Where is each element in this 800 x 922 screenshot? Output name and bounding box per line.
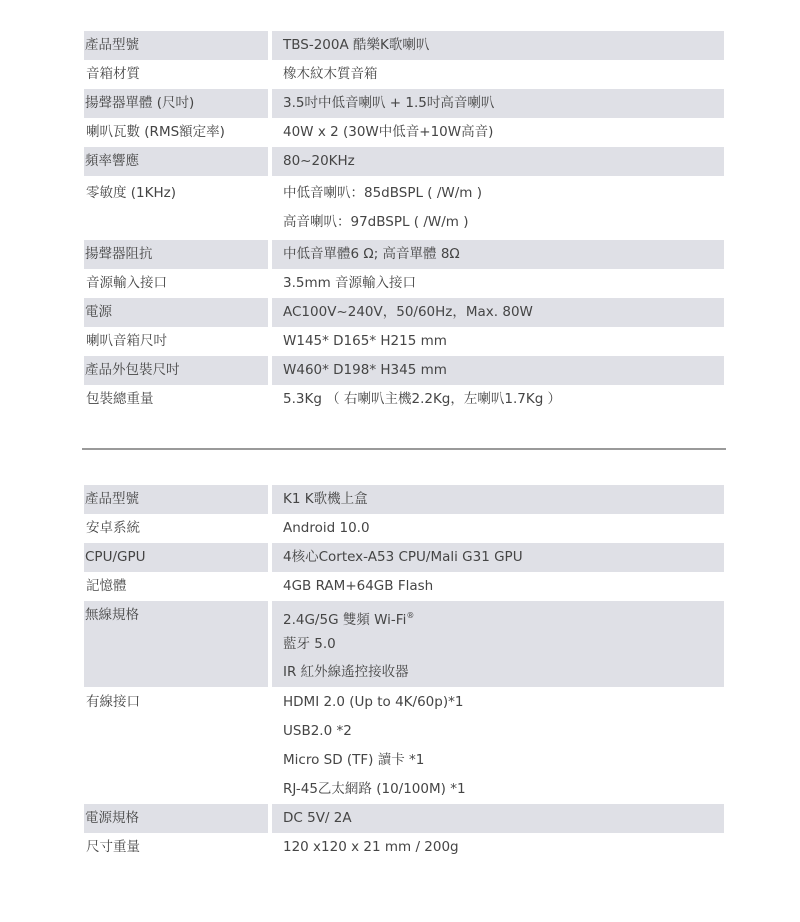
spec-value: 3.5mm 音源輸入接口 <box>272 269 724 298</box>
spec-label: 頻率響應 <box>84 147 268 176</box>
spec-row-size-weight: 尺寸重量 120 x120 x 21 mm / 200g <box>84 833 724 862</box>
wifi-text: 2.4G/5G 雙頻 Wi-Fi <box>283 612 406 628</box>
spec-row-model: 產品型號 K1 K歌機上盒 <box>84 485 724 514</box>
section-divider <box>82 448 726 450</box>
spec-row-wired: 有線接口 HDMI 2.0 (Up to 4K/60p)*1 USB2.0 *2… <box>84 687 724 804</box>
box-spec-table: 產品型號 K1 K歌機上盒 安卓系統 Android 10.0 CPU/GPU … <box>84 485 724 862</box>
spec-value: Android 10.0 <box>272 514 724 543</box>
spec-row-sensitivity: 零敏度 (1KHz) 中低音喇叭：85dBSPL ( /W/m ) 高音喇叭：9… <box>84 176 724 240</box>
spec-value: K1 K歌機上盒 <box>272 485 724 514</box>
spec-label: 產品型號 <box>84 31 268 60</box>
spec-row-model: 產品型號 TBS-200A 酷樂K歌喇叭 <box>84 31 724 60</box>
spec-value: 3.5吋中低音喇叭 + 1.5吋高音喇叭 <box>272 89 724 118</box>
spec-value: HDMI 2.0 (Up to 4K/60p)*1 USB2.0 *2 Micr… <box>272 688 724 804</box>
registered-mark: ® <box>406 611 414 620</box>
spec-label: CPU/GPU <box>84 543 268 572</box>
spec-value: 橡木紋木質音箱 <box>272 60 724 89</box>
spec-value: 4GB RAM+64GB Flash <box>272 572 724 601</box>
spec-label: 有線接口 <box>84 688 268 804</box>
spec-value: 中低音單體6 Ω; 高音單體 8Ω <box>272 240 724 269</box>
spec-value: 40W x 2 (30W中低音+10W高音) <box>272 118 724 147</box>
spec-label: 包裝總重量 <box>84 385 268 414</box>
spec-label: 音源輸入接口 <box>84 269 268 298</box>
spec-label: 記憶體 <box>84 572 268 601</box>
spec-row-frequency: 頻率響應 80~20KHz <box>84 147 724 176</box>
spec-label: 揚聲器阻抗 <box>84 240 268 269</box>
spec-label: 產品外包裝尺吋 <box>84 356 268 385</box>
spec-value: AC100V~240V，50/60Hz，Max. 80W <box>272 298 724 327</box>
spec-row-power: 電源規格 DC 5V/ 2A <box>84 804 724 833</box>
spec-label: 產品型號 <box>84 485 268 514</box>
spec-label: 喇叭音箱尺吋 <box>84 327 268 356</box>
spec-value: 80~20KHz <box>272 147 724 176</box>
spec-row-wireless: 無線規格 2.4G/5G 雙頻 Wi-Fi® 藍牙 5.0 IR 紅外線遙控接收… <box>84 601 724 687</box>
spec-label: 零敏度 (1KHz) <box>84 179 268 237</box>
spec-label: 揚聲器單體 (尺吋) <box>84 89 268 118</box>
spec-row-speaker-size: 喇叭音箱尺吋 W145* D165* H215 mm <box>84 327 724 356</box>
spec-label: 喇叭瓦數 (RMS額定率) <box>84 118 268 147</box>
spec-row-impedance: 揚聲器阻抗 中低音單體6 Ω; 高音單體 8Ω <box>84 240 724 269</box>
spec-row-package-size: 產品外包裝尺吋 W460* D198* H345 mm <box>84 356 724 385</box>
spec-value: 中低音喇叭：85dBSPL ( /W/m ) 高音喇叭：97dBSPL ( /W… <box>272 179 724 237</box>
spec-label: 無線規格 <box>84 601 268 687</box>
spec-row-wattage: 喇叭瓦數 (RMS額定率) 40W x 2 (30W中低音+10W高音) <box>84 118 724 147</box>
spec-row-cpu-gpu: CPU/GPU 4核心Cortex-A53 CPU/Mali G31 GPU <box>84 543 724 572</box>
spec-value: W145* D165* H215 mm <box>272 327 724 356</box>
spec-value: 2.4G/5G 雙頻 Wi-Fi® 藍牙 5.0 IR 紅外線遙控接收器 <box>272 601 724 687</box>
spec-row-power: 電源 AC100V~240V，50/60Hz，Max. 80W <box>84 298 724 327</box>
spec-label: 尺寸重量 <box>84 833 268 862</box>
spec-row-audio-input: 音源輸入接口 3.5mm 音源輸入接口 <box>84 269 724 298</box>
spec-label: 電源規格 <box>84 804 268 833</box>
spec-value: 120 x120 x 21 mm / 200g <box>272 833 724 862</box>
spec-row-material: 音箱材質 橡木紋木質音箱 <box>84 60 724 89</box>
spec-label: 音箱材質 <box>84 60 268 89</box>
spec-row-package-weight: 包裝總重量 5.3Kg （ 右喇叭主機2.2Kg，左喇叭1.7Kg ） <box>84 385 724 414</box>
spec-row-memory: 記憶體 4GB RAM+64GB Flash <box>84 572 724 601</box>
spec-row-driver: 揚聲器單體 (尺吋) 3.5吋中低音喇叭 + 1.5吋高音喇叭 <box>84 89 724 118</box>
spec-value: DC 5V/ 2A <box>272 804 724 833</box>
spec-label: 電源 <box>84 298 268 327</box>
speaker-spec-table: 產品型號 TBS-200A 酷樂K歌喇叭 音箱材質 橡木紋木質音箱 揚聲器單體 … <box>84 31 724 414</box>
spec-row-os: 安卓系統 Android 10.0 <box>84 514 724 543</box>
spec-label: 安卓系統 <box>84 514 268 543</box>
spec-value: W460* D198* H345 mm <box>272 356 724 385</box>
spec-value: TBS-200A 酷樂K歌喇叭 <box>272 31 724 60</box>
spec-value: 5.3Kg （ 右喇叭主機2.2Kg，左喇叭1.7Kg ） <box>272 385 724 414</box>
spec-value: 4核心Cortex-A53 CPU/Mali G31 GPU <box>272 543 724 572</box>
